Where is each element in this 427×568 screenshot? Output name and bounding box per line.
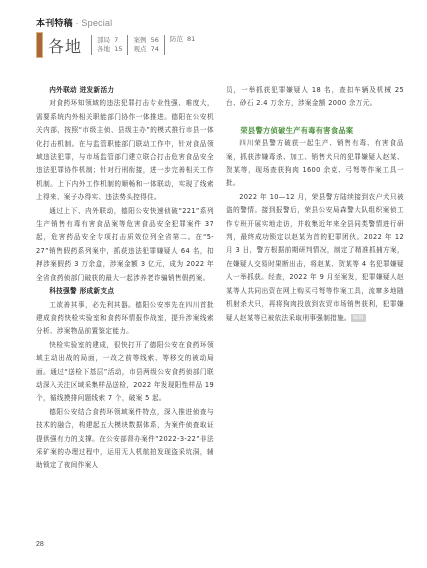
region-header: 各地 部局 7 各地 15 案例 56 观点 74 防范 81 [36,32,195,58]
paragraph: 四川荣县警方破获一起生产、销售有毒、有害食品案，抓获涉嫌毒杀、加工、销售犬只的犯… [226,137,404,191]
page-number: 28 [36,541,44,548]
region-title: 各地 [48,34,82,57]
section-en: Special [81,18,112,28]
stat-group-3: 防范 81 [170,35,195,44]
accent-block [36,32,43,58]
end-mark: 编辑 [351,314,366,322]
section-cn: 本刊特稿 [36,19,73,29]
stat-group-1: 部局 7 各地 15 [97,36,122,54]
stat-group-2: 案例 56 观点 74 [133,36,158,54]
paragraph: 2022 年 10—12 月，荣县警方陆续接到农户犬只被盗的警情。接到报警后，荣… [226,191,404,325]
divider [127,35,128,55]
subheading: 内外联动 迸发新活力 [36,84,214,97]
paragraph: 员，一举抓获犯罪嫌疑人 18 名，查扣车辆及机械 25 台、砂石 2.4 万余方… [226,84,404,111]
divider [91,35,92,55]
paragraph: 德阳公安结合食药环领域案件特点，深入推进侦查与技术的融合，构建起五大模块数据体系… [36,406,214,473]
stat-item: 观点 74 [133,45,158,54]
right-column: 员，一举抓获犯罪嫌疑人 18 名，查扣车辆及机械 25 台、砂石 2.4 万余方… [226,84,404,325]
stat-item: 各地 15 [97,45,122,54]
paragraph: 对食药环知领域的违法犯罪打击专业性强、难度大，需要系统内外相关职能部门协作一体推… [36,97,214,204]
left-column: 内外联动 迸发新活力 对食药环知领域的违法犯罪打击专业性强、难度大，需要系统内外… [36,84,214,473]
stat-item: 防范 81 [170,35,195,44]
paragraph: 通过上下、内外联动，德阳公安快速侦破“221”系列生产销售有毒有害食品案等危害食… [36,205,214,285]
section-tag: 本刊特稿 · Special [36,16,112,29]
stat-item: 部局 7 [97,36,122,45]
paragraph: 工欲善其事，必先利其器。德阳公安率先在四川首批建成食药快检实验室和食药环情报作战… [36,299,214,339]
case-heading: 荣县警方侦破生产有毒有害食品案 [226,124,404,137]
subheading: 科技强警 形成新支点 [36,285,214,298]
paragraph: 快检实验室的建成，很快打开了德阳公安在食药环领域主动出战的局面，一改之前等线索、… [36,339,214,406]
stat-item: 案例 56 [133,36,158,45]
divider [164,35,165,55]
